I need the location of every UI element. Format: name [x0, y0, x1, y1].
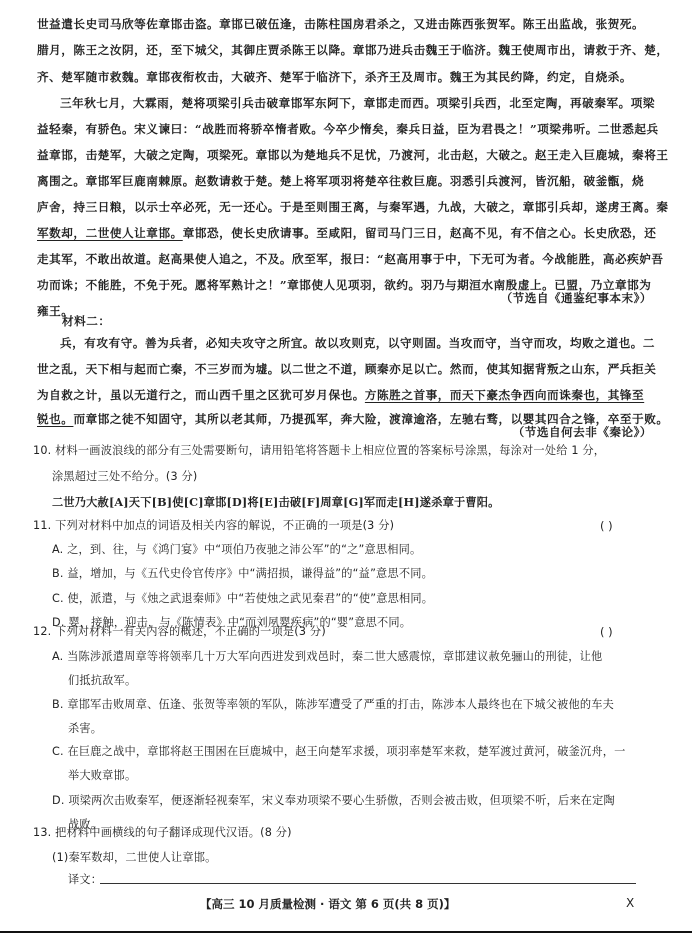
material2-line-1: 兵，有攻有守。善为兵者，必知夫攻守之所宜。故以攻则克，以守则固。当攻而守，当守而… [60, 336, 680, 350]
material1-line-9: 军数却，二世使人让章邯。章邯恐，使长史欣请事。至咸阳，留司马门三日，赵高不见，有… [37, 226, 657, 240]
footer-mark: X [626, 896, 634, 910]
material1-line-2: 腊月，陈王之汝阴，还，至下城父，其御庄贾杀陈王以降。章邯乃进兵击魏王于临济。魏王… [37, 43, 657, 57]
q12-option-a-line2: 们抵抗敌军。 [68, 674, 136, 688]
underlined-sentence: 军数却，二世使人让章邯。 [37, 226, 183, 240]
material1-line-1: 世益遣长史司马欣等佐章邯击盗。章邯已破伍逢，击陈柱国房君杀之，又进击陈西张贺军。… [37, 17, 657, 31]
material1-line-10: 走其军，不敢出故道。赵高果使人追之，不及。欣至军，报曰：“赵高用事于中，下无可为… [37, 252, 657, 266]
exam-page: 世益遣长史司马欣等佐章邯击盗。章邯已破伍逢，击陈柱国房君杀之，又进击陈西张贺军。… [0, 0, 692, 933]
material1-line-3: 齐、楚军随市救魏。章邯夜衔枚击，大破齐、楚军于临济下，杀齐王及周市。魏王为其民约… [37, 70, 657, 84]
page-footer: 【高三 10 月质量检测 · 语文 第 6 页(共 8 页)】 [200, 896, 455, 912]
q12-option-c-line1: C. 在巨鹿之战中，章邯将赵王围困在巨鹿城中，赵王向楚军求援，项羽率楚军来救，楚… [52, 745, 626, 759]
q11-option-a: A. 之，到、往，与《鸿门宴》中“项伯乃夜驰之沛公军”的“之”意思相同。 [52, 543, 421, 557]
material2-line-3: 为自救之计，虽以无道行之，而山西千里之区犹可岁月保也。方陈胜之首事，而天下豪杰争… [37, 388, 657, 402]
q11-stem: 11. 下列对材料中加点的词语及相关内容的解说，不正确的一项是(3 分) [33, 519, 394, 533]
q12-option-b-line1: B. 章邯军击败周章、伍逢、张贺等率领的军队，陈涉军遭受了严重的打击，陈涉本人最… [52, 698, 614, 712]
q12-answer-paren: ( ) [600, 625, 613, 639]
material2-line-3-text: 为自救之计，虽以无道行之，而山西千里之区犹可岁月保也。 [37, 388, 365, 402]
q12-option-b-line2: 杀害。 [68, 722, 102, 736]
q12-option-a-line1: A. 当陈涉派遣周章等将领率几十万大军向西进发到戏邑时，秦二世大感震惊，章邯建议… [52, 650, 602, 664]
answer-line[interactable] [100, 883, 636, 884]
material1-line-4: 三年秋七月，大霖雨，楚将项梁引兵击破章邯军东阿下，章邯走而西。项梁引兵西，北至定… [60, 96, 680, 110]
material1-line-9-rest: 章邯恐，使长史欣请事。至咸阳，留司马门三日，赵高不见，有不信之心。长史欣恐，还 [183, 226, 657, 240]
q12-option-d-line1: D. 项梁两次击败秦军，便逐渐轻视秦军，宋义奉劝项梁不要心生骄傲，否则会被击败，… [52, 794, 615, 808]
material1-source: （节选自《通鉴纪事本末》） [501, 290, 652, 306]
material2-line-2: 世之乱，天下相与起而亡秦，不三岁而为墟。以二世之不道，顾秦亦足以亡。然而，使其知… [37, 362, 657, 376]
q12-stem: 12. 下列对材料一有关内容的概述，不正确的一项是(3 分) [33, 625, 326, 639]
q11-answer-paren: ( ) [600, 519, 613, 533]
q11-option-b: B. 益，增加，与《五代史伶官传序》中“满招损，谦得益”的“益”意思不同。 [52, 567, 433, 581]
q12-option-c-line2: 举大败章邯。 [68, 769, 136, 783]
q13-stem: 13. 把材料中画横线的句子翻译成现代汉语。(8 分) [33, 826, 292, 840]
material1-line-8: 庐舍，持三日粮，以示士卒必死，无一还心。于是至则围王离，与秦军遇，九战，大破之，… [37, 200, 657, 214]
material2-source: （节选自何去非《秦论》） [513, 424, 652, 440]
material1-line-5: 益轻秦，有骄色。宋义谏曰：“战胜而将骄卒惰者败。今卒少惰矣，秦兵日益，臣为君畏之… [37, 122, 657, 136]
q11-option-c: C. 使，派遣，与《烛之武退秦师》中“若使烛之武见秦君”的“使”意思相同。 [52, 592, 433, 606]
underlined-sentence-2a: 方陈胜之首事，而天下豪杰争西向而诛秦也，其锋至 [365, 388, 644, 402]
material1-line-7: 离围之。章邯军巨鹿南棘原。赵数请救于楚。楚上将军项羽将楚卒往救巨鹿。羽悉引兵渡河… [37, 174, 657, 188]
material1-line-6: 益章邯，击楚军，大破之定陶，项梁死。章邯以为楚地兵不足忧，乃渡河，北击赵，大破之… [37, 148, 657, 162]
q13-answer-label: 译文： [68, 873, 102, 887]
underlined-sentence-2b: 锐也。 [37, 412, 73, 426]
material2-heading: 材料二： [62, 314, 682, 328]
q10-stem-line2: 涂黑超过三处不给分。(3 分) [52, 470, 197, 484]
q10-sentence: 二世乃大赦[A]天下[B]使[C]章邯[D]将[E]击破[F]周章[G]军而走[… [52, 495, 500, 509]
q10-stem-line1: 10. 材料一画波浪线的部分有三处需要断句，请用铅笔将答题卡上相应位置的答案标号… [33, 444, 605, 458]
q13-sub1: (1)秦军数却，二世使人让章邯。 [52, 851, 217, 865]
